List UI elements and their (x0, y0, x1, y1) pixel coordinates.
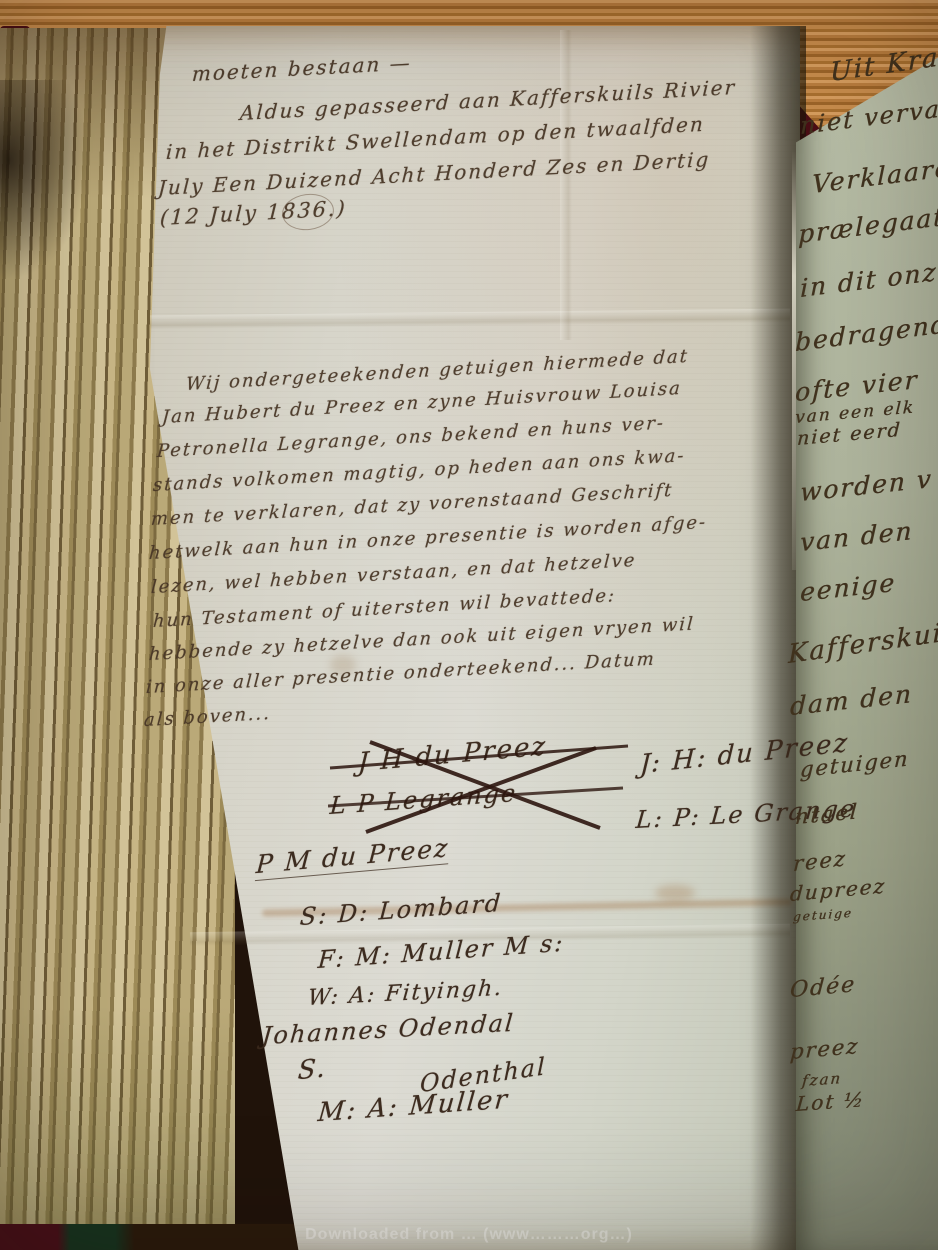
page-stack-shadow (0, 80, 90, 280)
strikethrough-x-marks (328, 740, 643, 840)
right-page-signature-fragment: fzan (801, 1069, 843, 1090)
page-edge-highlight (792, 150, 796, 570)
crossed-out-signatures: J H du Preez L P Legrange (328, 740, 643, 840)
stain-blob (655, 885, 695, 901)
right-page-signature-fragment: Lot ½ (795, 1087, 866, 1116)
site-watermark: Downloaded from … (www………org…) (0, 1226, 938, 1244)
witness-signature: S. (297, 1053, 328, 1086)
photo-of-open-manuscript-book: moeten bestaan — Aldus gepasseerd aan Ka… (0, 0, 938, 1250)
